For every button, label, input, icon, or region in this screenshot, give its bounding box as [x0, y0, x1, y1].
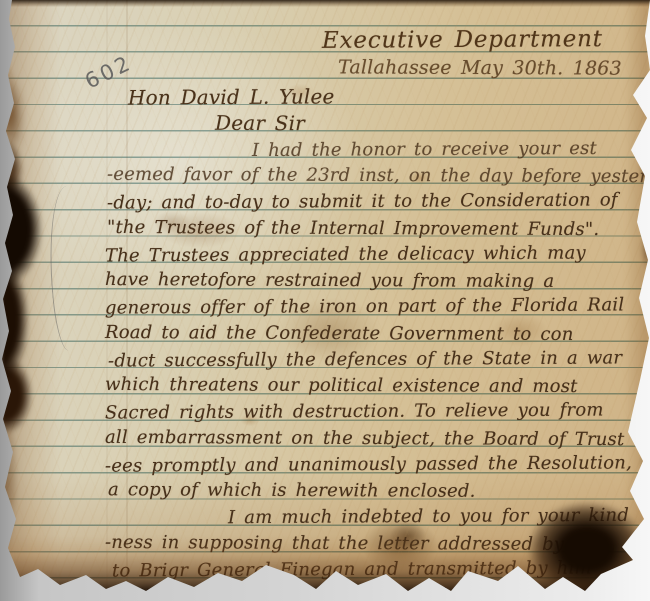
- letter-line: -ees promptly and unanimously passed the…: [105, 452, 632, 476]
- letter-line: I am much indebted to you for your kind: [228, 505, 629, 528]
- letter-line: -day; and to-day to submit it to the Con…: [107, 189, 618, 213]
- letter-line: which threatens our political existence …: [105, 374, 578, 397]
- paper-sheet: 602 Executive Department Tallahassee May…: [0, 0, 650, 601]
- letter-line: The Trustees appreciated the delicacy wh…: [105, 243, 586, 267]
- letter-line: -eemed favor of the 23rd inst, on the da…: [107, 164, 648, 187]
- letter-line: to you with a copy of Lt Gift's letter t…: [112, 582, 606, 601]
- letterhead-department: Executive Department: [322, 26, 603, 54]
- letter-line: -duct successfully the defences of the S…: [108, 347, 622, 371]
- letter-line: all embarrassment on the subject, the Bo…: [105, 427, 625, 450]
- letter-line: I had the honor to receive your est: [252, 138, 597, 161]
- letter-line: -ness in supposing that the letter addre…: [105, 532, 601, 555]
- letter-line: Sacred rights with destruction. To relie…: [105, 399, 604, 423]
- recipient-line: Hon David L. Yulee: [128, 84, 335, 109]
- letter-line: Road to aid the Confederate Government t…: [105, 322, 574, 345]
- salutation-line: Dear Sir: [215, 111, 305, 135]
- scanned-letter-page: 602 Executive Department Tallahassee May…: [0, 0, 650, 601]
- letter-line: have heretofore restrained you from maki…: [105, 269, 554, 292]
- letterhead-place-date: Tallahassee May 30th. 1863: [338, 56, 622, 79]
- letter-line: a copy of which is herewith enclosed.: [108, 479, 476, 502]
- letter-line: generous offer of the iron on part of th…: [105, 294, 624, 318]
- letter-line: "the Trustees of the Internal Improvemen…: [107, 217, 599, 240]
- letter-line: to Brigr General Finegan and transmitted…: [112, 558, 592, 582]
